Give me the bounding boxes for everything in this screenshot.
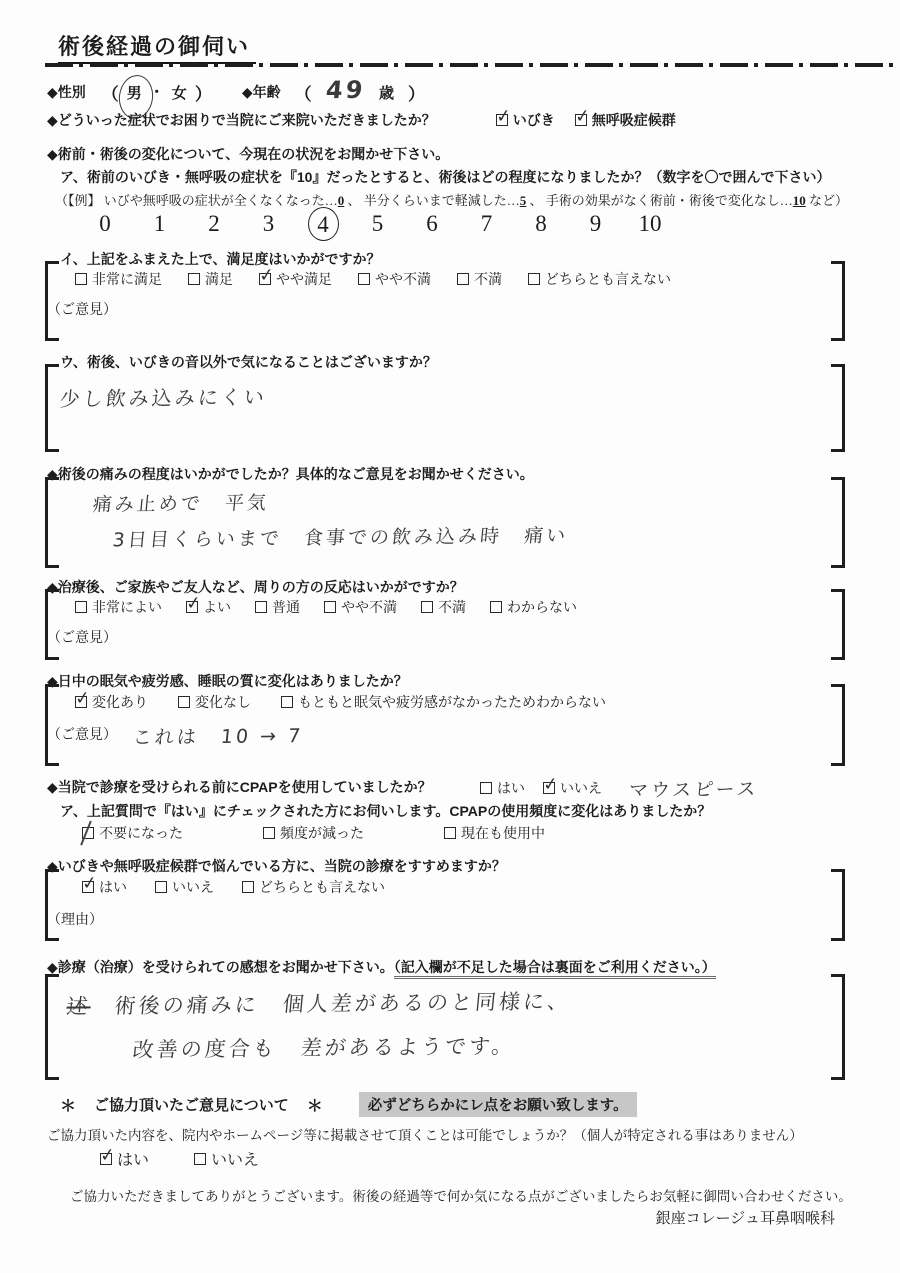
checkbox-label: 変化あり [92,692,148,712]
consent-highlight-note: 必ずどちらかにレ点をお願い致します。 [359,1092,637,1117]
checkbox[interactable] [281,696,293,708]
checkbox-option[interactable]: やや不満 [358,269,431,289]
checkbox[interactable] [155,881,167,893]
checkbox-option[interactable]: わからない [490,597,577,617]
checkbox-option[interactable]: よい [186,597,231,617]
checkbox-option[interactable]: 非常によい [75,597,162,617]
checkbox-label: はい [117,1147,149,1170]
cpap-sub-options: 不要になった 頻度が減った 現在も使用中 [82,823,545,843]
checkbox[interactable] [186,601,198,613]
consent-options: はい いいえ [100,1147,259,1170]
gender-option-male[interactable]: 男 [127,82,142,103]
checkbox-option[interactable]: はい [100,1147,149,1170]
rating-number-10[interactable]: 10 [630,207,670,241]
checkbox[interactable] [188,273,200,285]
checkbox[interactable] [444,827,456,839]
consent-title: ご協力頂いたご意見について [94,1094,289,1115]
checkbox-label: はい [99,877,127,897]
example-text: 、 手術の効果がなく術前・術後で変化なし… [526,193,793,208]
checkbox[interactable] [242,881,254,893]
cpap-question: ◆当院で診療を受けられる前にCPAPを使用していましたか？ [47,779,432,795]
page-title: 術後経過の御伺い [58,34,256,64]
checkbox-label: 不要になった [99,823,183,843]
checkbox[interactable] [82,827,94,839]
satisfaction-comment-box: 非常に満足 満足 やや満足 やや不満 不満 どちらとも言えない （ご意見） [45,261,845,341]
checkbox[interactable] [490,601,502,613]
impression-answer-box: 述 術後の痛みに 個人差があるのと同様に、 改善の度合も 差があるようです。 [45,974,845,1080]
checkbox-label: 頻度が減った [280,823,364,843]
title-divider [45,63,893,67]
checkbox-label: どちらとも言えない [545,269,671,289]
checkbox-option[interactable]: 無呼吸症候群 [575,110,676,130]
checkbox-option[interactable]: 普通 [255,597,300,617]
checkbox-option[interactable]: 変化なし [178,692,251,712]
checkbox-label: いいえ [172,877,214,897]
checkbox-option[interactable]: やや満足 [259,269,332,289]
gender-paren-close: ） [195,80,212,105]
handwritten-note: マウスピース [628,774,760,802]
checkbox[interactable] [75,696,87,708]
checkbox-option[interactable]: 変化あり [75,692,148,712]
impression-question: ◆診療（治療）を受けられての感想をお聞かせ下さい。 [47,959,394,975]
checkbox[interactable] [421,601,433,613]
comment-label: （ご意見） [47,627,117,647]
checkbox[interactable] [100,1153,112,1165]
symptom-question: ◆どういった症状でお困りで当院にご来院いただきましたか？ [47,110,436,130]
checkbox[interactable] [75,273,87,285]
checkbox-label: よい [203,597,231,617]
rating-number-4[interactable]: 4 [308,207,339,241]
sleep-comment-box: 変化あり 変化なし もともと眠気や疲労感がなかったためわからない （ご意見） こ… [45,684,845,766]
checkbox-option[interactable]: 不満 [421,597,466,617]
rating-number-2[interactable]: 2 [194,207,234,241]
checkbox-option[interactable]: 満足 [188,269,233,289]
example-text: など） [806,193,848,208]
checkbox-option[interactable]: 現在も使用中 [444,823,545,843]
checkbox-label: 現在も使用中 [461,823,545,843]
checkbox[interactable] [528,273,540,285]
questionnaire-document: 術後経過の御伺い ◆性別 （ 男 ・ 女 ） ◆年齢 （ 49 歳 ） ◆どうい… [0,0,900,1273]
consent-question: ご協力頂いた内容を、院内やホームページ等に掲載させて頂くことは可能でしょうか？（… [47,1124,803,1144]
checkbox[interactable] [255,601,267,613]
checkbox-option[interactable]: 不要になった [82,823,183,843]
clinic-name: 銀座コレージュ耳鼻咽喉科 [656,1207,835,1228]
checkbox-option[interactable]: 非常に満足 [75,269,162,289]
checkbox[interactable] [259,273,271,285]
checkbox-option[interactable]: どちらとも言えない [528,269,671,289]
checkbox-option[interactable]: 頻度が減った [263,823,364,843]
handwritten-text: 術後の痛みに 個人差があるのと同様に、 [114,989,573,1018]
rating-number-6[interactable]: 6 [412,207,452,241]
recommend-options: はい いいえ どちらとも言えない [82,877,385,897]
handwritten-answer: 3日目くらいまで 食事での飲み込み時 痛い [111,521,569,553]
example-number: 10 [793,193,806,208]
checkbox-option[interactable]: いびき [496,110,555,130]
checkbox-label: 満足 [205,269,233,289]
rating-number-8[interactable]: 8 [521,207,561,241]
checkbox-label: もともと眠気や疲労感がなかったためわからない [298,692,606,712]
checkbox-option[interactable]: はい [82,877,127,897]
asterisk: ＊ [60,1093,76,1116]
checkbox[interactable] [575,114,587,126]
rating-number-7[interactable]: 7 [467,207,507,241]
handwritten-answer: これは 10 → 7 [132,721,305,750]
checkbox-option[interactable]: もともと眠気や疲労感がなかったためわからない [281,692,606,712]
handwritten-answer: 述 術後の痛みに 個人差があるのと同様に、 [65,985,572,1020]
rating-scale: 0 1 2 3 4 5 6 7 8 9 10 [85,207,670,241]
checkbox-label: やや満足 [276,269,332,289]
change-section-heading: ◆術前・術後の変化について、今現在の状況をお聞かせ下さい。 [47,144,449,164]
checkbox-option[interactable]: どちらとも言えない [242,877,385,897]
sleep-options: 変化あり 変化なし もともと眠気や疲労感がなかったためわからない [75,692,606,712]
checkbox-option[interactable]: いいえ [155,877,214,897]
reaction-options: 非常によい よい 普通 やや不満 不満 わからない [75,597,577,617]
checkbox-option[interactable]: やや不満 [324,597,397,617]
checkbox-label: やや不満 [341,597,397,617]
comment-label: （ご意見） [47,724,117,744]
checkbox-label: 無呼吸症候群 [592,110,676,130]
age-unit: 歳 [379,82,394,103]
checkbox-label: 非常によい [92,597,162,617]
checkbox[interactable] [263,827,275,839]
checkbox-label: わからない [507,597,577,617]
recommend-comment-box: はい いいえ どちらとも言えない （理由） [45,869,845,941]
gender-option-female[interactable]: 女 [172,82,187,103]
comment-label: （ご意見） [47,299,117,319]
checkbox[interactable] [496,114,508,126]
reason-label: （理由） [47,909,103,929]
struck-out-char: 述 [66,994,92,1018]
checkbox-label: どちらとも言えない [259,877,385,897]
example-text: （【例】 いびや無呼吸の症状が全くなくなった… [55,193,338,208]
checkbox-label: 変化なし [195,692,251,712]
satisfaction-options: 非常に満足 満足 やや満足 やや不満 不満 どちらとも言えない [75,269,671,289]
cpap-sub-question: ア、上記質問で『はい』にチェックされた方にお伺いします。CPAPの使用頻度に変化… [60,801,711,821]
checkbox[interactable] [543,782,555,794]
checkbox[interactable] [480,782,492,794]
example-text: 、 半分くらいまで軽減した… [344,193,520,208]
checkbox-label: 不満 [474,269,502,289]
checkbox-option[interactable]: 不満 [457,269,502,289]
reaction-comment-box: 非常によい よい 普通 やや不満 不満 わからない （ご意見） [45,589,845,660]
checkbox-label: 普通 [272,597,300,617]
checkbox[interactable] [457,273,469,285]
handwritten-answer: 改善の度合も 差があるようです。 [131,1030,517,1064]
rating-number-1[interactable]: 1 [140,207,180,241]
gender-label: ◆性別 [47,82,86,102]
checkbox-label: やや不満 [375,269,431,289]
age-paren-open: （ [295,80,312,105]
checkbox-label: いびき [513,110,555,130]
checkbox[interactable] [178,696,190,708]
checkbox-label: いいえ [560,778,602,798]
checkbox-option[interactable]: いいえ [543,778,602,798]
footer-thanks: ご協力いただきましてありがとうございます。術後の経過等で何か気になる点がございま… [70,1185,852,1205]
age-paren-close: ） [408,80,425,105]
other-concern-answer-box: 少し飲み込みにくい [45,364,845,452]
checkbox-option[interactable]: はい [480,778,525,798]
pain-answer-box: 痛み止めで 平気 3日目くらいまで 食事での飲み込み時 痛い [45,477,845,568]
cpap-row: ◆当院で診療を受けられる前にCPAPを使用していましたか？ はい いいえ マウス… [47,777,432,799]
gender-paren-open: （ [102,80,119,105]
gender-male-label: 男 [127,85,142,102]
checkbox[interactable] [358,273,370,285]
consent-header: ＊ ご協力頂いたご意見について ＊ 必ずどちらかにレ点をお願い致します。 [60,1092,637,1117]
checkbox-label: 不満 [438,597,466,617]
age-value-handwritten: 49 [324,76,366,104]
checkbox[interactable] [82,881,94,893]
asterisk: ＊ [307,1093,323,1116]
rating-number-0[interactable]: 0 [85,207,125,241]
checkbox-option[interactable]: いいえ [194,1147,259,1170]
rating-number-9[interactable]: 9 [576,207,616,241]
rating-number-3[interactable]: 3 [249,207,289,241]
rating-number-5[interactable]: 5 [358,207,398,241]
checkbox-label: 非常に満足 [92,269,162,289]
checkbox[interactable] [75,601,87,613]
checkbox[interactable] [324,601,336,613]
change-question-a: ア、術前のいびき・無呼吸の症状を『10』だったとすると、術後はどの程度になりまし… [60,167,830,187]
age-label: ◆年齢 [242,82,281,102]
handwritten-answer: 少し飲み込みにくい [59,381,269,412]
checkbox-label: いいえ [211,1147,259,1170]
checkbox-label: はい [497,778,525,798]
handwritten-answer: 痛み止めで 平気 [92,488,271,517]
checkbox[interactable] [194,1153,206,1165]
